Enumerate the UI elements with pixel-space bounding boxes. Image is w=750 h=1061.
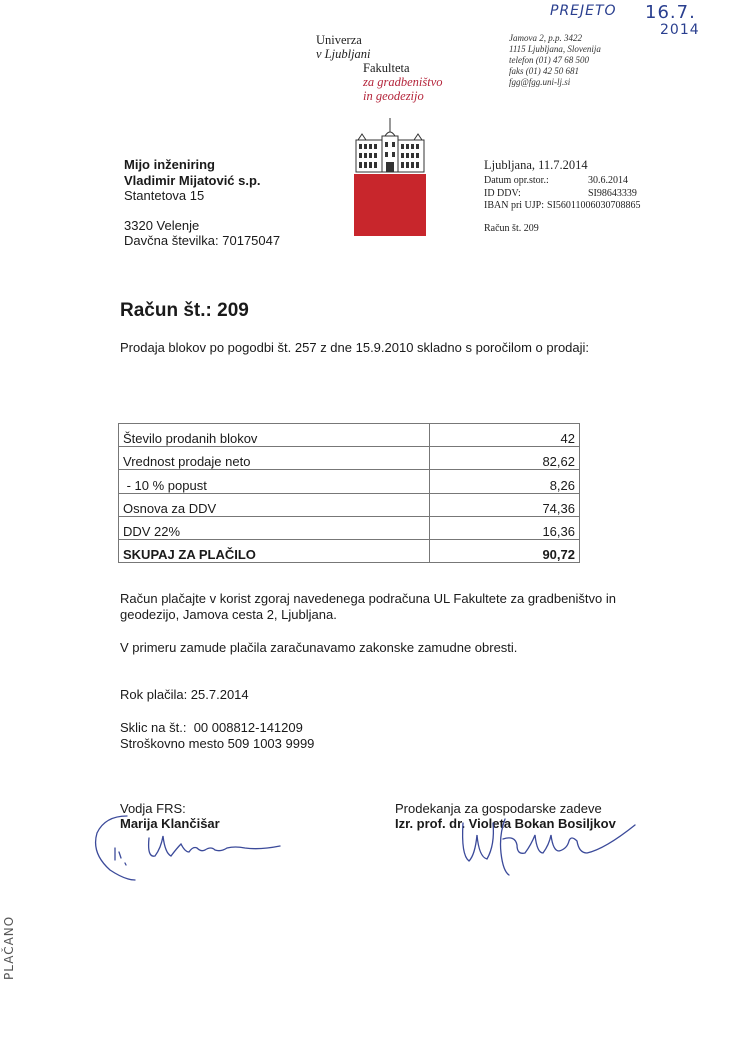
table-row: - 10 % popust 8,26 [119,470,580,493]
table-row: Vrednost prodaje neto 82,62 [119,447,580,470]
row-value: 74,36 [430,493,580,516]
invoice-intro: Prodaja blokov po pogodbi št. 257 z dne … [120,340,590,355]
table-row: Število prodanih blokov 42 [119,424,580,447]
invoice-ref: Račun št. 209 [484,223,641,236]
signature-right: Prodekanja za gospodarske zadeve Izr. pr… [395,801,616,831]
row-label: - 10 % popust [119,470,430,493]
recipient-address: Mijo inženiring Vladimir Mijatović s.p. … [124,157,280,249]
invoice-table: Število prodanih blokov 42 Vrednost prod… [118,423,580,563]
university-line-1: Univerza [316,33,371,47]
meta-label: ID DDV: [484,188,588,201]
faculty-line-2: za gradbeništvo [363,75,443,89]
meta-value: SI98643339 [588,188,637,201]
university-line-2: v Ljubljani [316,47,371,61]
row-value: 16,36 [430,516,580,539]
payment-reference-block: Sklic na št.: 00 008812-141209 Stroškovn… [120,720,640,752]
contact-fax: faks (01) 42 50 681 [509,66,601,77]
logo-red-block [354,174,426,236]
recipient-street: Stantetova 15 [124,188,280,204]
signature-left: Vodja FRS: Marija Klančišar [120,801,220,831]
table-row: DDV 22% 16,36 [119,516,580,539]
handwritten-received-date: 16.7. [645,2,696,23]
row-value: 42 [430,424,580,447]
row-label: Osnova za DDV [119,493,430,516]
contact-city: 1115 Ljubljana, Slovenija [509,44,601,55]
total-value: 90,72 [430,539,580,562]
row-label: DDV 22% [119,516,430,539]
recipient-city: 3320 Velenje [124,218,280,234]
margin-paid-note: PLAČANO [2,920,28,980]
payment-reference: Sklic na št.: 00 008812-141209 [120,720,640,736]
invoice-title: Račun št.: 209 [120,300,249,322]
meta-label: IBAN pri UJP: [484,200,544,213]
handwritten-received-note: PREJETO [550,3,617,19]
row-value: 82,62 [430,447,580,470]
invoice-meta: Ljubljana, 11.7.2014 Datum opr.stor.: 30… [484,158,641,235]
signer-name: Izr. prof. dr. Violeta Bokan Bosiljkov [395,816,616,831]
late-interest-note: V primeru zamude plačila zaračunavamo za… [120,640,640,656]
meta-label: Datum opr.stor.: [484,175,588,188]
row-value: 8,26 [430,470,580,493]
university-name: Univerza v Ljubljani [316,33,371,61]
contact-phone: telefon (01) 47 68 500 [509,55,601,66]
due-date: Rok plačila: 25.7.2014 [120,687,640,703]
margin-note-text: PLAČANO [2,916,16,980]
row-label: Vrednost prodaje neto [119,447,430,470]
place-date: Ljubljana, 11.7.2014 [484,158,641,173]
meta-row-vat-id: ID DDV: SI98643339 [484,188,641,201]
contact-email: fgg@fgg.uni-lj.si [509,77,601,88]
cost-center: Stroškovno mesto 509 1003 9999 [120,736,640,752]
total-label: SKUPAJ ZA PLAČILO [119,539,430,562]
meta-row-service-date: Datum opr.stor.: 30.6.2014 [484,175,641,188]
row-label: Število prodanih blokov [119,424,430,447]
meta-row-iban: IBAN pri UJP: SI56011006030708865 [484,200,641,213]
meta-value: 30.6.2014 [588,175,628,188]
payment-instructions: Račun plačajte v korist zgoraj navedeneg… [120,591,640,623]
recipient-owner: Vladimir Mijatović s.p. [124,173,280,189]
building-icon [352,116,428,174]
faculty-line-3: in geodezijo [363,89,443,103]
recipient-company: Mijo inženiring [124,157,280,173]
signer-name: Marija Klančišar [120,816,220,831]
table-row-total: SKUPAJ ZA PLAČILO 90,72 [119,539,580,562]
faculty-name: Fakulteta za gradbeništvo in geodezijo [363,61,443,103]
meta-value: SI56011006030708865 [547,200,641,213]
contact-address: Jamova 2, p.p. 3422 [509,33,601,44]
contact-block: Jamova 2, p.p. 3422 1115 Ljubljana, Slov… [509,33,601,88]
table-row: Osnova za DDV 74,36 [119,493,580,516]
faculty-line-1: Fakulteta [363,61,443,75]
recipient-tax-number: Davčna številka: 70175047 [124,233,280,249]
handwritten-received-year: 2014 [660,22,700,38]
signer-role: Vodja FRS: [120,801,220,816]
university-logo [352,116,428,236]
signer-role: Prodekanja za gospodarske zadeve [395,801,616,816]
